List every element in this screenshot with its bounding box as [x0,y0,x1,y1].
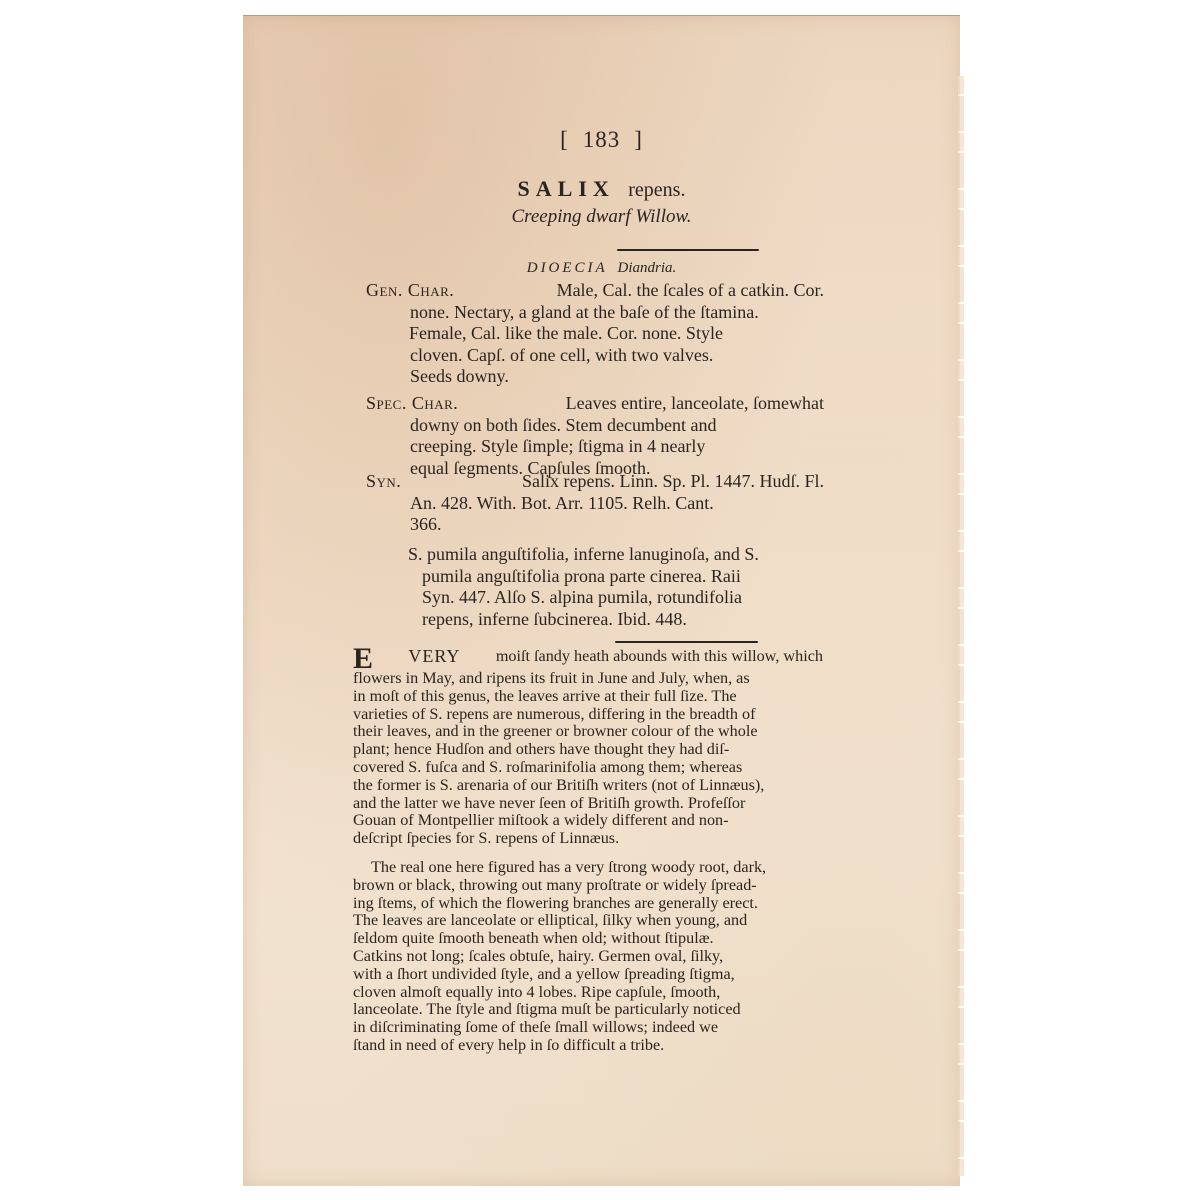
text-line: their leaves, and in the greener or brow… [353,723,823,741]
text-line: cloven almoſt equally into 4 lobes. Ripe… [353,984,823,1002]
deckled-edge [958,76,964,1176]
text-line: brown or black, throwing out many proſtr… [353,877,823,895]
common-name: Creeping dwarf Willow. [243,206,960,228]
text-line: with a ſhort undivided ſtyle, and a yell… [353,966,823,984]
text-line: Gouan of Montpellier miſtook a widely di… [353,812,823,830]
specific-character: Spec. Char. Leaves entire, lanceolate, ſ… [366,393,824,479]
text-line: Male, Cal. the ſcales of a catkin. Cor. [557,280,824,302]
text-line: covered S. fuſca and S. roſmarinifolia a… [353,759,823,777]
text-line: varieties of S. repens are numerous, dif… [353,706,823,724]
page-number: [183] [243,127,960,153]
entry-label: Gen. Char. [366,280,454,302]
description-paragraph-2: The real one here figured has a very ſtr… [353,859,823,1055]
text-line: in diſcriminating ſome of theſe ſmall wi… [353,1019,823,1037]
bracket-left: [ [560,127,569,152]
text-line: 366. [410,514,442,536]
text-line: The leaves are lanceolate or elliptical,… [353,912,823,930]
text-line: Syn. 447. Alſo S. alpina pumila, rotundi… [422,587,742,609]
species-name: repens. [628,179,685,201]
text-line: repens, inferne ſubcinerea. Ibid. 448. [422,609,687,631]
entry-label: Spec. Char. [366,393,458,415]
generic-character: Gen. Char. Male, Cal. the ſcales of a ca… [366,280,824,388]
class-name: DIOECIA [527,260,608,276]
text-line: Female, Cal. like the male. Cor. none. S… [409,323,723,345]
book-page: [183] SALIX repens. Creeping dwarf Willo… [243,15,960,1186]
text-line: Catkins not long; ſcales obtuſe, hairy. … [353,948,823,966]
text-line: S. pumila anguſtifolia, inferne lanugino… [408,544,759,566]
text-line: plant; hence Hudſon and others have thou… [353,741,823,759]
text-line: An. 428. With. Bot. Arr. 1105. Relh. Can… [410,493,714,515]
bracket-right: ] [634,127,643,152]
text-line: the former is S. arenaria of our Britiſh… [353,777,823,795]
text-line: creeping. Style ſimple; ſtigma in 4 near… [410,436,705,458]
text-line: in moſt of this genus, the leaves arrive… [353,688,823,706]
synonyms: Syn. Salix repens. Linn. Sp. Pl. 1447. H… [366,471,824,536]
text-line: flowers in May, and ripens its fruit in … [353,670,823,688]
synonyms-continued: S. pumila anguſtifolia, inferne lanugino… [408,544,823,630]
text-line: cloven. Capſ. of one cell, with two valv… [410,345,713,367]
text-line: none. Nectary, a gland at the baſe of th… [410,302,759,324]
lead-word: VERY [408,648,460,670]
text-line: pumila anguſtifolia prona parte cinerea.… [422,566,741,588]
genus-name: SALIX [518,176,615,201]
order-name: Diandria. [617,260,676,276]
text-line: ſeldom quite ſmooth beneath when old; wi… [353,930,823,948]
text-line: downy on both ſides. Stem decumbent and [410,415,716,437]
species-title: SALIX repens. [243,176,960,202]
text-line: Seeds downy. [410,366,509,388]
text-line: Salix repens. Linn. Sp. Pl. 1447. Hudſ. … [522,471,824,493]
text-line: ing ſtems, of which the flowering branch… [353,895,823,913]
text-line: Leaves entire, lanceolate, ſomewhat [566,393,824,415]
drop-cap: E [353,648,373,670]
description-paragraph-1: EVERY moiſt ſandy heath abounds with thi… [353,648,823,848]
text-line: The real one here figured has a very ſtr… [353,859,823,877]
divider-rule [617,249,759,251]
entry-label: Syn. [366,471,401,493]
page-number-value: 183 [583,127,621,152]
divider-rule [615,641,758,643]
text-line: ſtand in need of every help in ſo diffic… [353,1037,823,1055]
text-line: moiſt ſandy heath abounds with this will… [496,648,823,670]
linnaean-classification: DIOECIA Diandria. [243,260,960,277]
text-line: deſcript ſpecies for S. repens of Linnæu… [353,830,823,848]
text-line: and the latter we have never ſeen of Bri… [353,795,823,813]
text-line: lanceolate. The ſtyle and ſtigma muſt be… [353,1001,823,1019]
